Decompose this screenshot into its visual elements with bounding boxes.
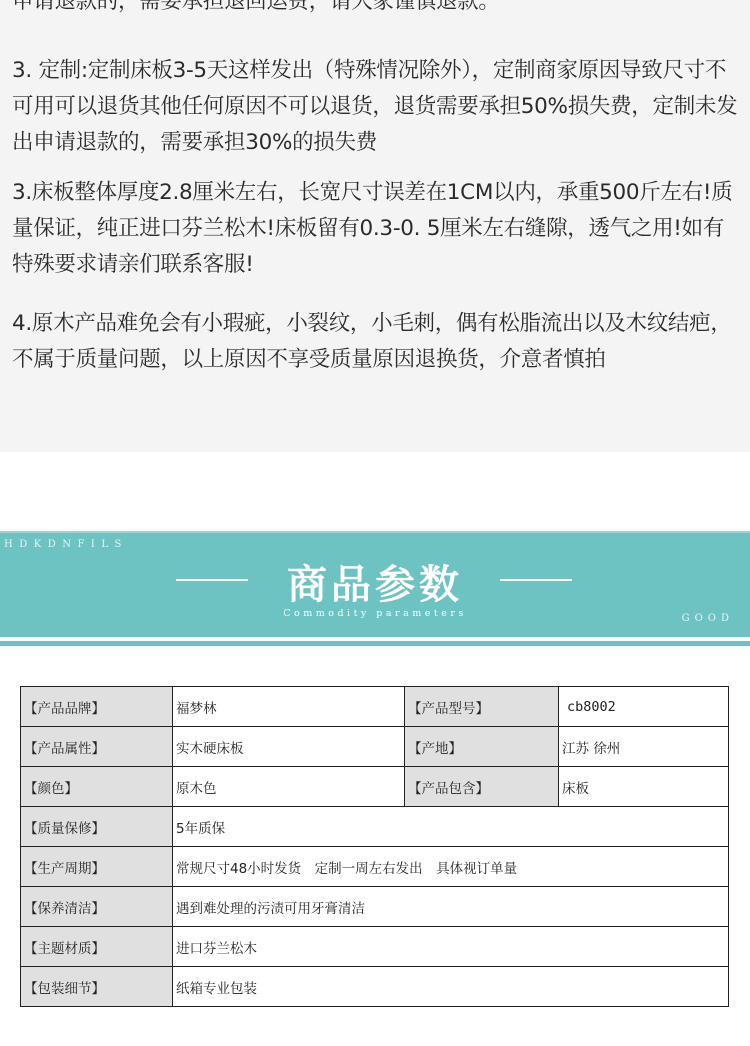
param-label: 【包装细节】 — [21, 967, 173, 1007]
param-value: 进口芬兰松木 — [173, 927, 729, 967]
param-value: 原木色 — [173, 767, 405, 807]
param-value: 纸箱专业包装 — [173, 967, 729, 1007]
param-value: 实木硬床板 — [173, 727, 405, 767]
table-row: 【产品品牌】 福梦林 【产品型号】 cb8002 — [21, 687, 729, 727]
brand-code: HDKDNFILS — [4, 539, 128, 550]
param-label: 【保养清洁】 — [21, 887, 173, 927]
table-row: 【产品属性】 实木硬床板 【产地】 江苏 徐州 — [21, 727, 729, 767]
table-row: 【保养清洁】 遇到难处理的污渍可用牙膏清洁 — [21, 887, 729, 927]
notice-paragraph-thickness: 3.床板整体厚度2.8厘米左右，长宽尺寸误差在1CM以内，承重500斤左右!质量… — [12, 175, 742, 283]
corner-label: GOOD — [682, 613, 734, 624]
table-row: 【生产周期】 常规尺寸48小时发货 定制一周左右发出 具体视订单量 — [21, 847, 729, 887]
banner-stripe — [0, 641, 750, 646]
section-subtitle: Commodity parameters — [0, 608, 750, 619]
param-value: 江苏 徐州 — [559, 727, 729, 767]
section-banner: HDKDNFILS 商品参数 Commodity parameters GOOD — [0, 531, 750, 637]
params-table: 【产品品牌】 福梦林 【产品型号】 cb8002 【产品属性】 实木硬床板 【产… — [20, 686, 729, 1007]
param-value: 常规尺寸48小时发货 定制一周左右发出 具体视订单量 — [173, 847, 729, 887]
notice-paragraph-refund: 申请退款的，需要承担退回运费，请大家谨慎退款。 — [12, 0, 742, 20]
table-row: 【包装细节】 纸箱专业包装 — [21, 967, 729, 1007]
param-value: 床板 — [559, 767, 729, 807]
table-row: 【质量保修】 5年质保 — [21, 807, 729, 847]
param-value: 5年质保 — [173, 807, 729, 847]
table-row: 【主题材质】 进口芬兰松木 — [21, 927, 729, 967]
banner-top-line — [0, 531, 750, 533]
after-sales-notice: 申请退款的，需要承担退回运费，请大家谨慎退款。 3. 定制:定制床板3-5天这样… — [0, 0, 750, 452]
param-label: 【颜色】 — [21, 767, 173, 807]
param-value: 福梦林 — [173, 687, 405, 727]
title-dash-right — [500, 579, 572, 581]
notice-paragraph-defects: 4.原木产品难免会有小瑕疵，小裂纹，小毛刺，偶有松脂流出以及木纹结疤，不属于质量… — [12, 306, 742, 378]
param-label: 【产品品牌】 — [21, 687, 173, 727]
param-value: cb8002 — [559, 687, 729, 727]
param-value: 遇到难处理的污渍可用牙膏清洁 — [173, 887, 729, 927]
notice-paragraph-custom: 3. 定制:定制床板3-5天这样发出（特殊情况除外），定制商家原因导致尺寸不可用… — [12, 53, 742, 161]
param-label: 【生产周期】 — [21, 847, 173, 887]
param-label: 【产品型号】 — [405, 687, 559, 727]
param-label: 【质量保修】 — [21, 807, 173, 847]
section-title: 商品参数 — [0, 553, 750, 610]
param-label: 【主题材质】 — [21, 927, 173, 967]
param-label: 【产品包含】 — [405, 767, 559, 807]
table-row: 【颜色】 原木色 【产品包含】 床板 — [21, 767, 729, 807]
param-label: 【产地】 — [405, 727, 559, 767]
param-label: 【产品属性】 — [21, 727, 173, 767]
